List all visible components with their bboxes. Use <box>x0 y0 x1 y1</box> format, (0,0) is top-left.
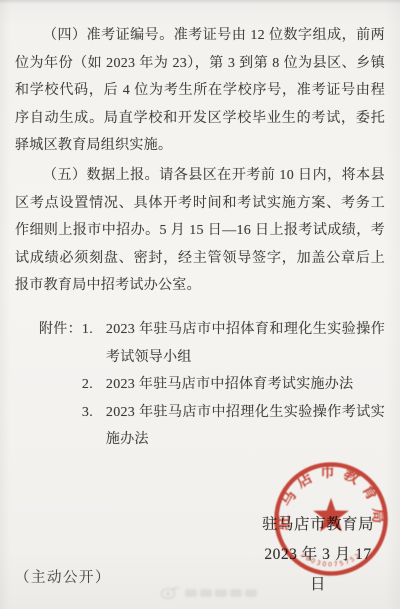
paragraph-item-4: （四）准考证编号。准考证号由 12 位数字组成，前两位为年份（如 2023 年为… <box>15 22 385 160</box>
issue-date: 2023 年 3 月 17 日 <box>256 540 380 600</box>
attachment-title: 2023 年驻马店市中招体育和理化生实验操作考试领导小组 <box>106 316 385 371</box>
attachment-number: 2. <box>82 371 106 399</box>
watermark-glyph <box>200 589 212 597</box>
attachment-title: 2023 年驻马店市中招理化生实验操作考试实施办法 <box>106 399 385 454</box>
document-body: （四）准考证编号。准考证号由 12 位数字组成，前两位为年份（如 2023 年为… <box>15 22 385 454</box>
watermark-glyph <box>245 589 257 597</box>
watermark-glyph <box>185 589 197 597</box>
attachment-item: 2. 2023 年驻马店市中招体育考试实施办法 <box>82 371 385 399</box>
attachment-number: 1. <box>82 316 106 371</box>
paragraph-item-5: （五）数据上报。请各县区在开考前 10 日内，将本县区考点设置情况、具体开考时间… <box>15 162 385 300</box>
issuer-name: 驻马店市教育局 <box>256 510 380 540</box>
weibo-watermark <box>160 586 257 599</box>
watermark-blurred-text <box>185 589 257 597</box>
attachment-number: 3. <box>82 399 106 454</box>
scanned-document-page: { "page": { "bg": "#f4f2ef", "ink": "#3e… <box>0 0 400 609</box>
watermark-glyph <box>215 589 227 597</box>
attachments-label: 附件： <box>39 316 82 454</box>
weibo-logo-watermark-icon <box>160 586 180 599</box>
attachment-item: 1. 2023 年驻马店市中招体育和理化生实验操作考试领导小组 <box>82 316 385 371</box>
disclosure-note: （主动公开） <box>15 566 111 587</box>
attachments-list: 1. 2023 年驻马店市中招体育和理化生实验操作考试领导小组 2. 2023 … <box>82 316 385 454</box>
attachment-title: 2023 年驻马店市中招体育考试实施办法 <box>106 371 385 399</box>
watermark-glyph <box>230 589 242 597</box>
attachments-block: 附件： 1. 2023 年驻马店市中招体育和理化生实验操作考试领导小组 2. 2… <box>15 316 385 454</box>
signature-block: 驻马店市教育局 2023 年 3 月 17 日 <box>256 510 380 600</box>
attachment-item: 3. 2023 年驻马店市中招理化生实验操作考试实施办法 <box>82 399 385 454</box>
